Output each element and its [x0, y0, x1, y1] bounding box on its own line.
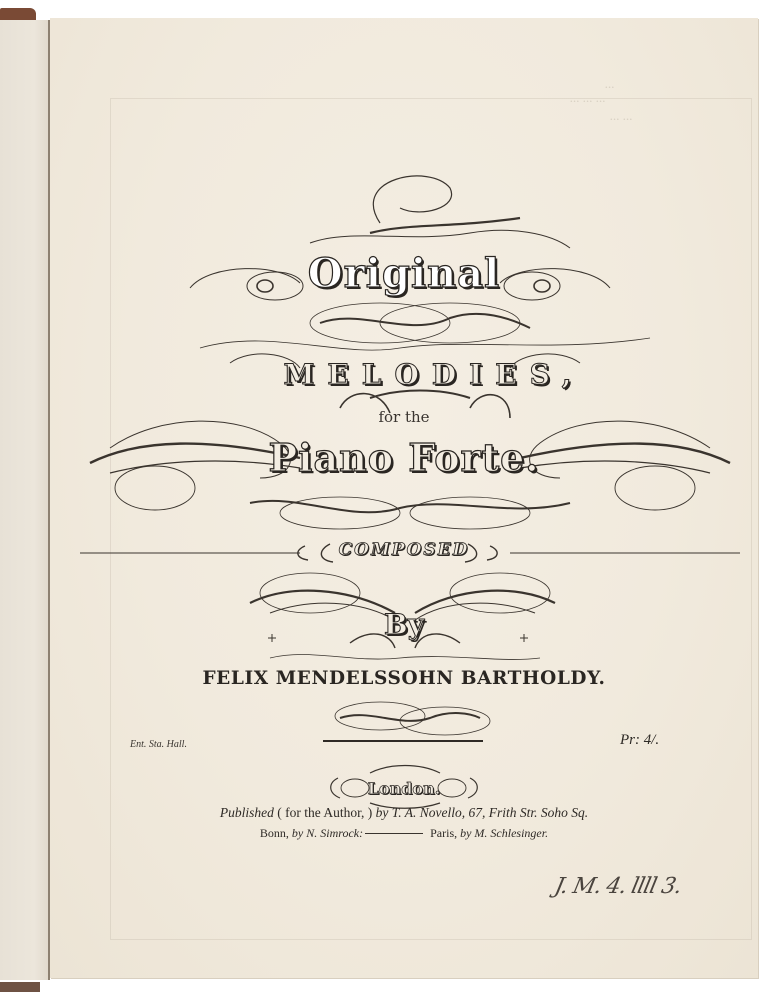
- agent-paris-city: Paris,: [430, 826, 457, 840]
- title-piano-forte: Piano Forte.: [50, 435, 758, 480]
- offset-text: ... ... ...: [570, 90, 606, 106]
- agent-bonn-publisher: by N. Simrock:: [292, 826, 363, 840]
- composed-label: COMPOSED: [50, 540, 758, 560]
- agent-paris-publisher: by M. Schlesinger.: [460, 826, 548, 840]
- stationers-hall-entry: Ent. Sta. Hall.: [130, 739, 187, 750]
- connector-for-the: for the: [50, 408, 758, 426]
- price: Pr: 4/.: [620, 732, 659, 749]
- title-melodies: MELODIES,: [50, 358, 771, 391]
- offset-text: ...: [605, 76, 615, 92]
- offset-text: ... ...: [610, 108, 633, 124]
- composer-name: FELIX MENDELSSOHN BARTHOLDY.: [50, 668, 758, 689]
- agents-line: Bonn, by N. Simrock: Paris, by M. Schles…: [50, 826, 758, 841]
- facing-page-edge: [0, 20, 49, 980]
- imprint-publisher: by T. A. Novello, 67, Frith Str. Soho Sq…: [376, 805, 589, 820]
- handwritten-shelfmark: J. M. 4. llll 3.: [552, 874, 683, 899]
- imprint-line: Published ( for the Author, ) by T. A. N…: [50, 805, 758, 821]
- agent-bonn-city: Bonn,: [260, 826, 289, 840]
- imprint-published: Published: [220, 805, 274, 820]
- title-original: Original: [50, 250, 758, 297]
- separator-rule: [365, 833, 423, 834]
- by-label: By: [50, 608, 758, 641]
- place-of-publication: London.: [50, 779, 758, 798]
- book-cover-bottom-edge: [0, 982, 40, 992]
- decorative-rule: [323, 740, 483, 742]
- imprint-for-author: ( for the Author, ): [277, 805, 372, 820]
- title-page: ... ... ... ... ... ...: [50, 18, 758, 978]
